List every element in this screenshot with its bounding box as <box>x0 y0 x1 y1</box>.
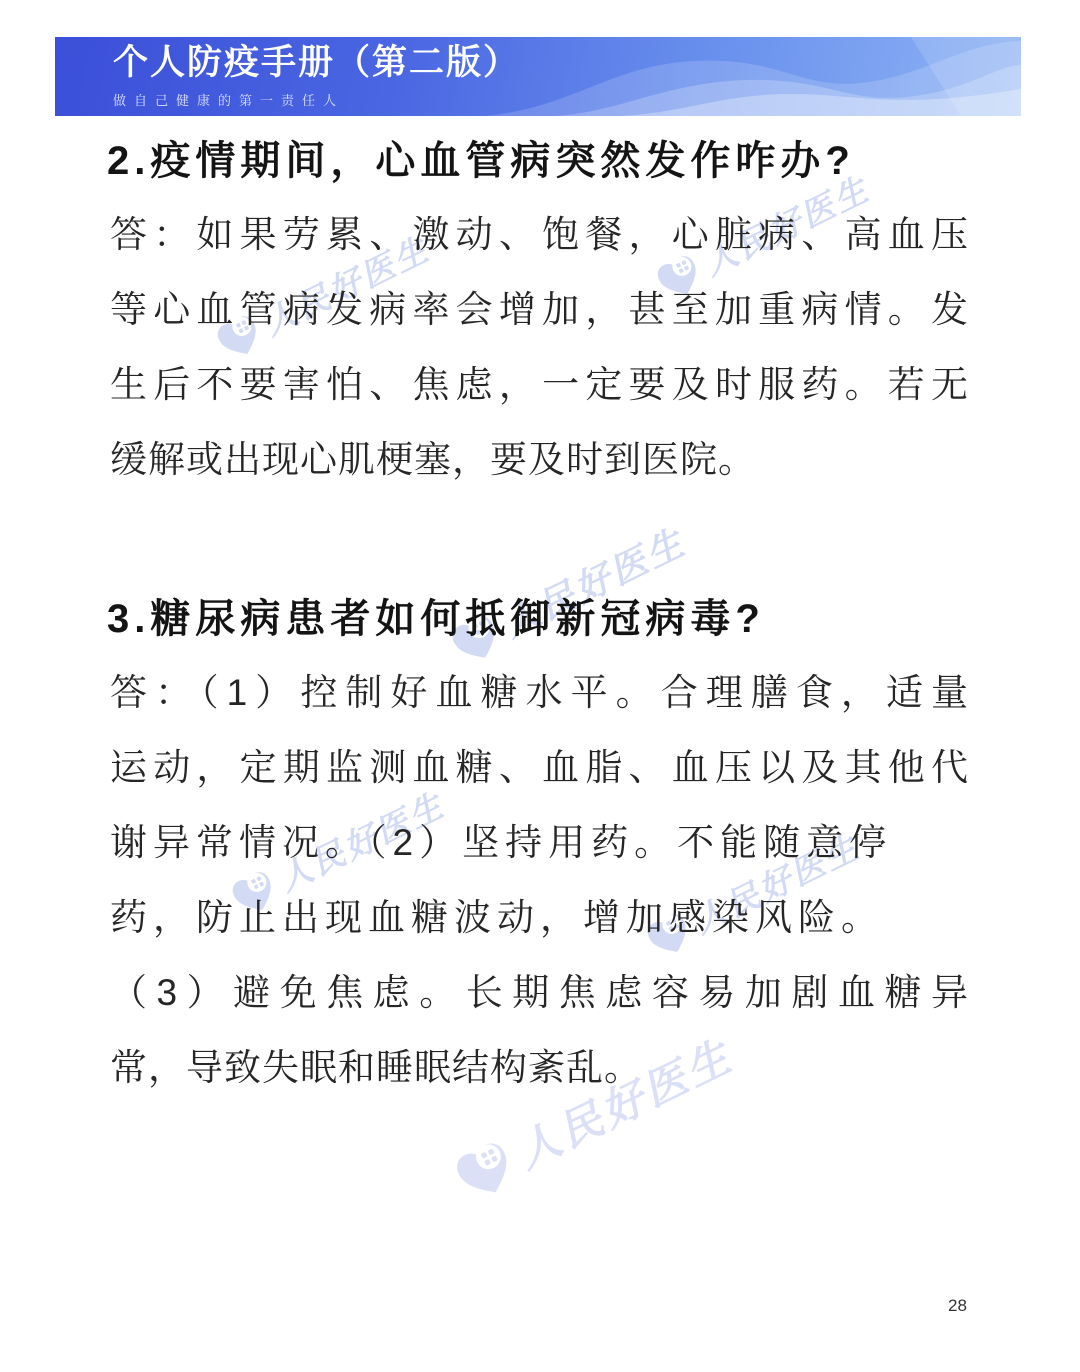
body-line: 生后不要害怕、焦虑，一定要及时服药。若无 <box>110 347 968 422</box>
answer-paragraph-2: 答：如果劳累、激动、饱餐，心脏病、高血压 等心血管病发病率会增加，甚至加重病情。… <box>110 197 968 497</box>
page-container: 个人防疫手册（第二版） 做自己健康的第一责任人 人民好医生 人民好医生 <box>0 0 1080 1372</box>
manual-subtitle: 做自己健康的第一责任人 <box>113 90 520 109</box>
answer-paragraph-3: 答：（1）控制好血糖水平。合理膳食，适量 运动，定期监测血糖、血脂、血压以及其他… <box>110 655 968 1105</box>
body-line: 等心血管病发病率会增加，甚至加重病情。发 <box>110 272 968 347</box>
manual-title: 个人防疫手册（第二版） <box>113 44 520 83</box>
body-line: 缓解或出现心肌梗塞，要及时到医院。 <box>110 422 968 497</box>
body-line: （3）避免焦虑。长期焦虑容易加剧血糖异 <box>110 955 968 1030</box>
body-line: 答：如果劳累、激动、饱餐，心脏病、高血压 <box>110 197 968 272</box>
question-heading-3: 3.糖尿病患者如何抵御新冠病毒? <box>107 598 987 640</box>
question-heading-2: 2.疫情期间，心血管病突然发作咋办? <box>107 140 987 182</box>
banner-text-block: 个人防疫手册（第二版） 做自己健康的第一责任人 <box>113 37 520 116</box>
document-body: 2.疫情期间，心血管病突然发作咋办? 答：如果劳累、激动、饱餐，心脏病、高血压 … <box>0 0 1080 1372</box>
body-line: 答：（1）控制好血糖水平。合理膳食，适量 <box>110 655 968 730</box>
body-line: 运动，定期监测血糖、血脂、血压以及其他代 <box>110 730 968 805</box>
body-line: 药，防止出现血糖波动，增加感染风险。 <box>110 880 968 955</box>
body-line: 谢异常情况。（2）坚持用药。不能随意停 <box>110 805 968 880</box>
body-line: 常，导致失眠和睡眠结构紊乱。 <box>110 1030 968 1105</box>
